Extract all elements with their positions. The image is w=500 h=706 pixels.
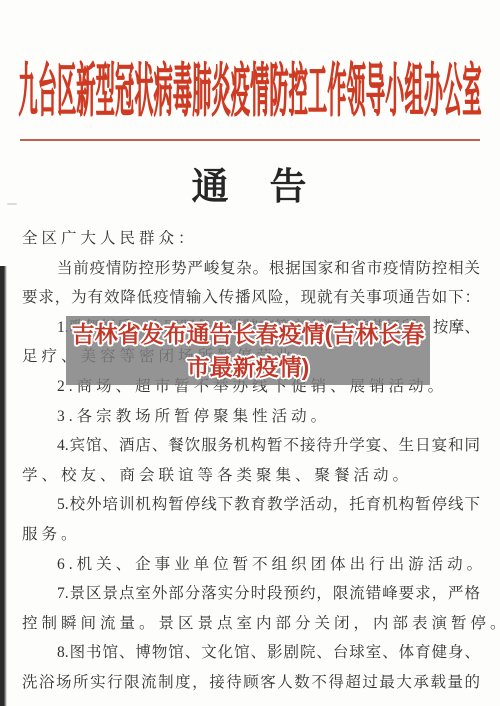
header-divider-line <box>20 139 480 141</box>
scanned-notice-page: { "theme": { "page_bg": "#fdfdfc", "head… <box>0 0 500 706</box>
notice-title: 通 告 <box>0 156 500 210</box>
doc-line: 要求，为有效降低疫情输入传播风险，现就有关事项通告如下： <box>22 283 480 313</box>
watermark-banner: 吉林省发布通告长春疫情(吉林长春 市最新疫情) <box>66 316 430 385</box>
doc-line: 洗浴场所实行限流制度，接待顾客人数不得超过最大承载量的 <box>22 668 480 698</box>
salutation-line: 全区广大人民群众： <box>22 224 480 254</box>
doc-line: 控制瞬间流量。景区景点室内部分关闭，内部表演暂停。 <box>22 609 480 639</box>
doc-line: 8.图书馆、博物馆、文化馆、影剧院、台球室、体育健身、 <box>22 638 480 668</box>
doc-line: 当前疫情防控形势严峻复杂。根据国家和省市疫情防控相关 <box>22 254 480 284</box>
doc-line: 6.机关、企事业单位暂不组织团体出行出游活动。 <box>22 550 480 580</box>
scan-artifact-dash <box>7 203 17 205</box>
doc-line: 服务。 <box>22 520 480 550</box>
office-name-header: 九台区新型冠状病毒肺炎疫情防控工作领导小组办公室 <box>0 52 500 122</box>
page-edge-shadow <box>0 266 7 706</box>
watermark-line-2: 市最新疫情) <box>187 351 310 384</box>
office-name-text: 九台区新型冠状病毒肺炎疫情防控工作领导小组办公室 <box>18 46 481 128</box>
doc-line: 5.校外培训机构暂停线下教育教学活动，托育机构暂停线下 <box>22 490 480 520</box>
doc-line: 4.宾馆、酒店、餐饮服务机构暂不接待升学宴、生日宴和同 <box>22 431 480 461</box>
doc-line: 7.景区景点室外部分落实分时段预约，限流错峰要求，严格 <box>22 579 480 609</box>
notice-body: 全区广大人民群众： 当前疫情防控形势严峻复杂。根据国家和省市疫情防控相关要求，为… <box>22 224 480 698</box>
doc-line: 学、校友、商会联谊等各类聚集、聚餐活动。 <box>22 461 480 491</box>
doc-line: 3.各宗教场所暂停聚集性活动。 <box>22 402 480 432</box>
watermark-line-1: 吉林省发布通告长春疫情(吉林长春 <box>72 318 425 351</box>
